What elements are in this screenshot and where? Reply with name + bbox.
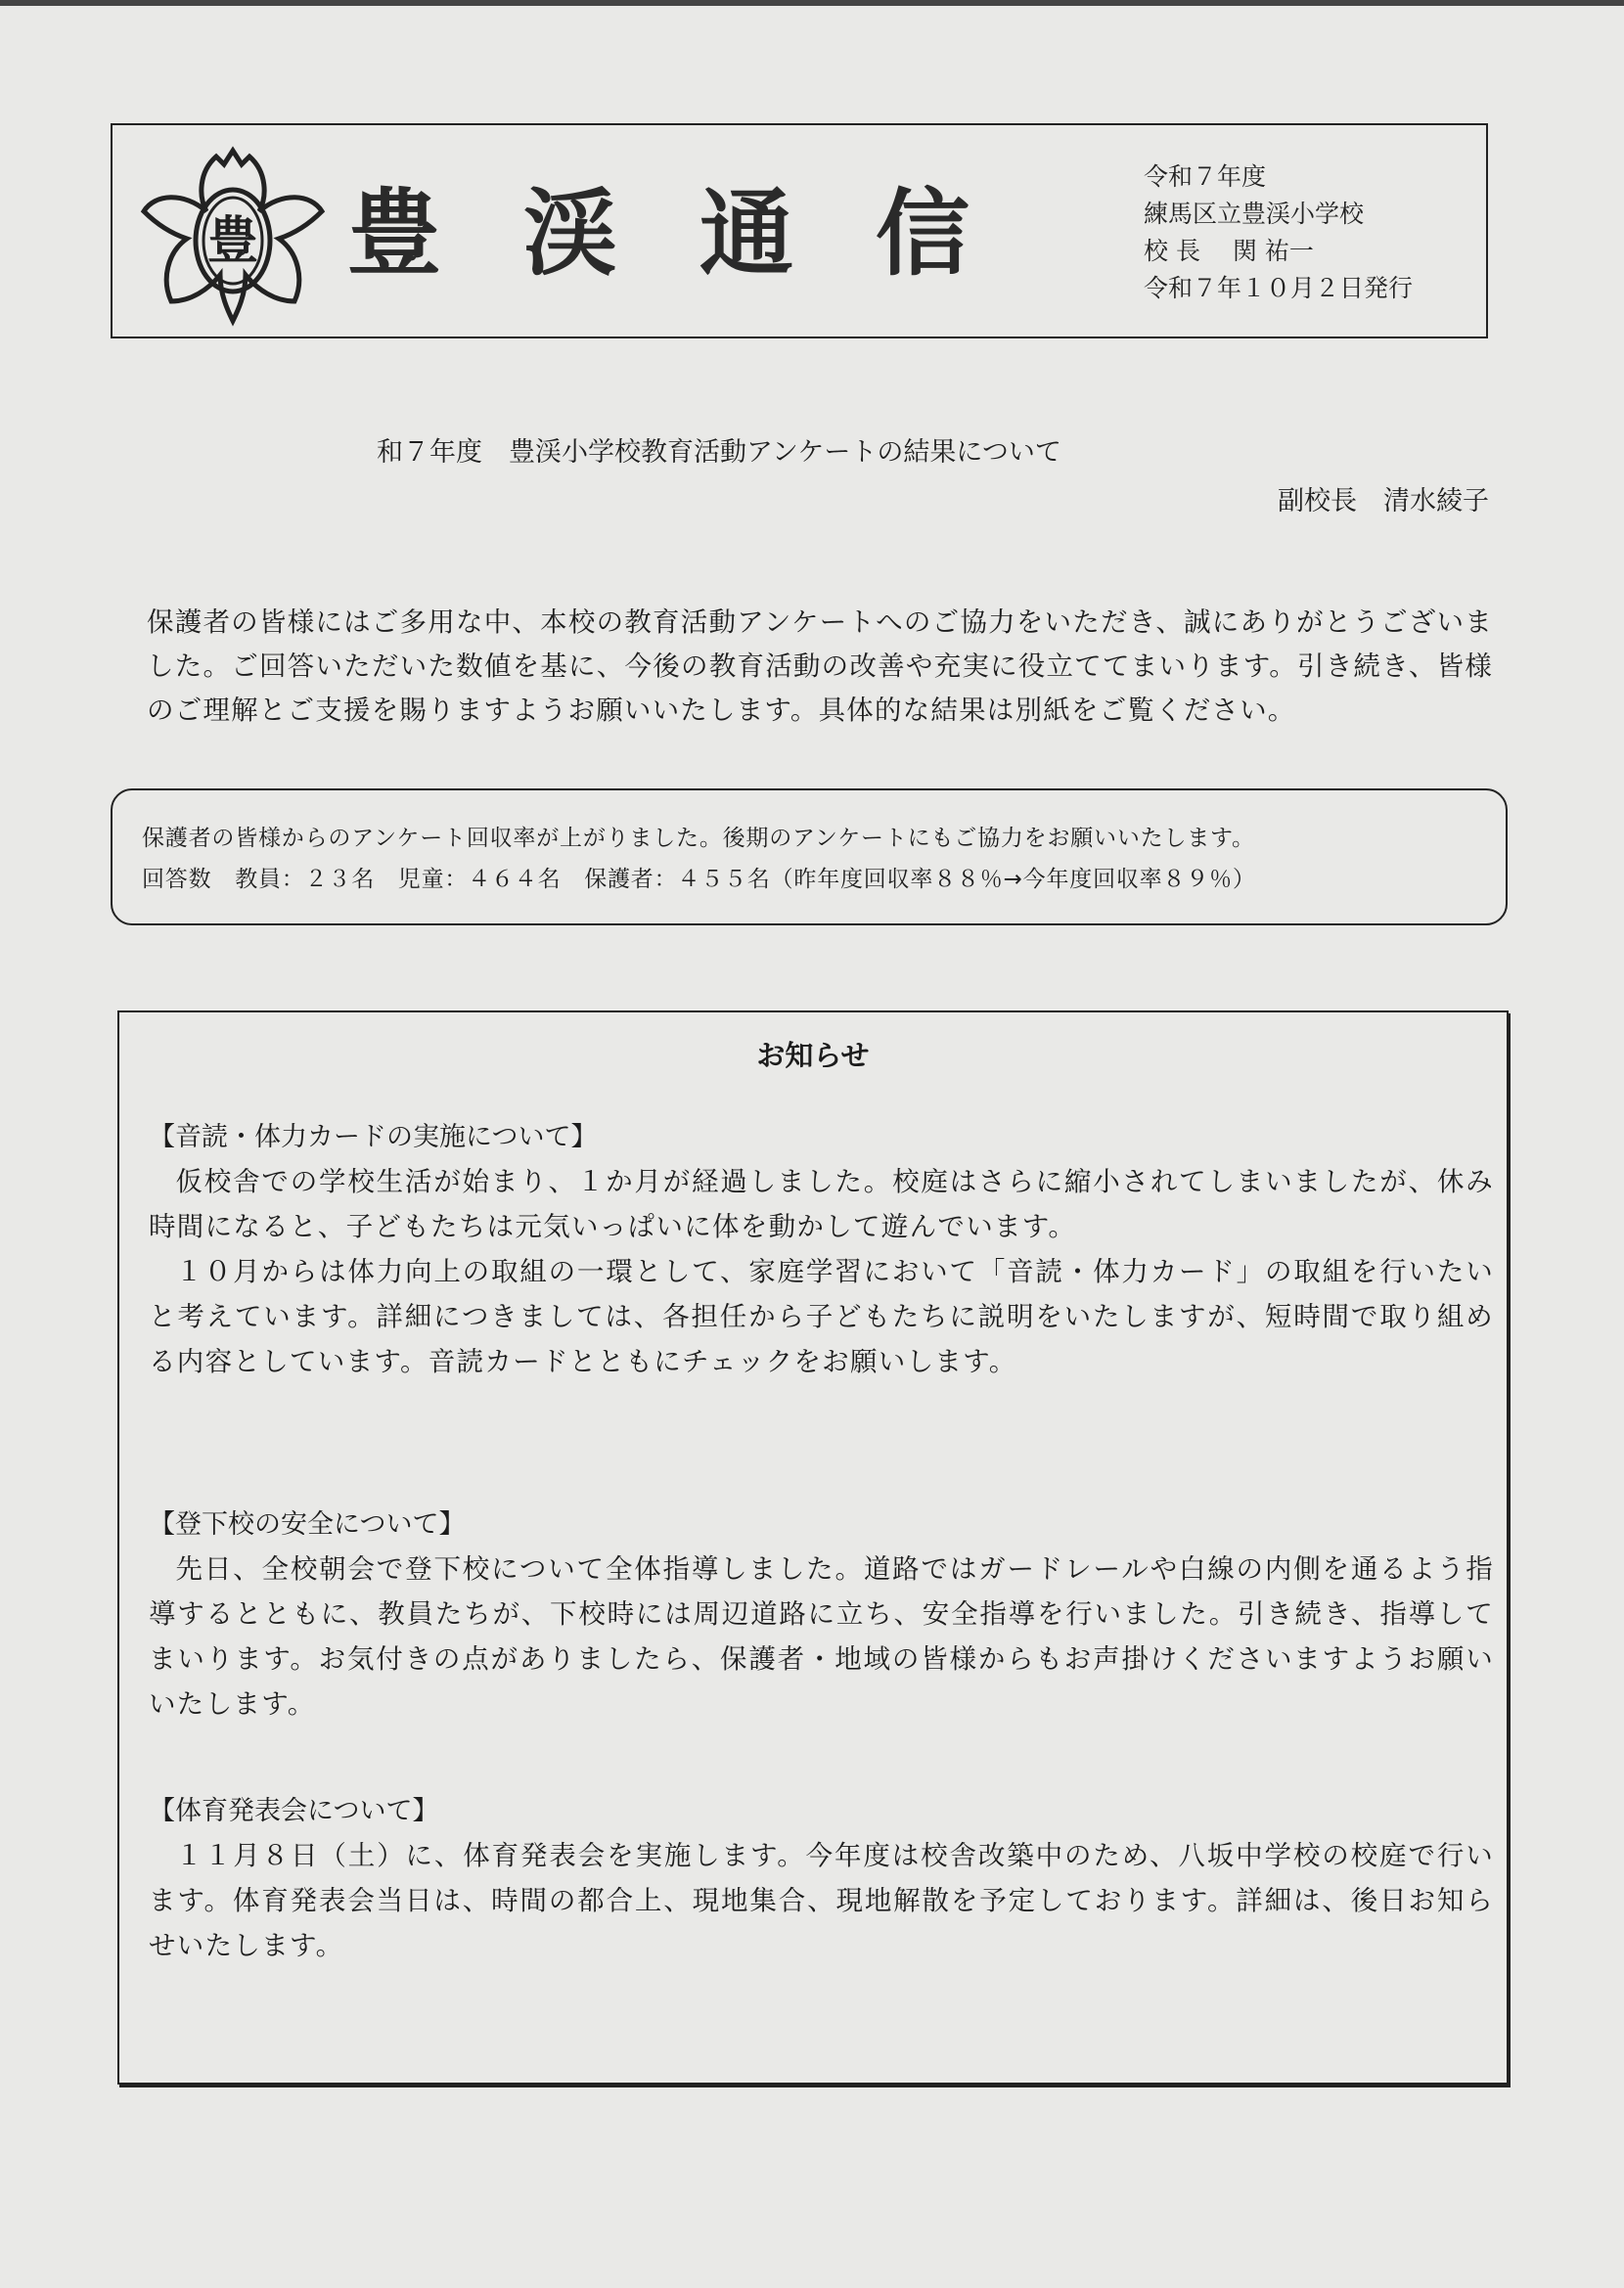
principal-name: 校 長 関 祐一 <box>1144 233 1413 270</box>
response-rate-box: 保護者の皆様からのアンケート回収率が上がりました。後期のアンケートにもご協力をお… <box>111 788 1508 925</box>
publication-info: 令和７年度 練馬区立豊渓小学校 校 長 関 祐一 令和７年１０月２日発行 <box>1144 158 1413 307</box>
section-heading: 【登下校の安全について】 <box>149 1503 1494 1547</box>
section-paragraph: １１月８日（土）に、体育発表会を実施します。今年度は校舎改築中のため、八坂中学校… <box>149 1833 1494 1968</box>
school-name: 練馬区立豊渓小学校 <box>1144 196 1413 233</box>
section-paragraph: １０月からは体力向上の取組の一環として、家庭学習において「音読・体力カード」の取… <box>149 1249 1494 1384</box>
notice-title: お知らせ <box>119 1034 1507 1074</box>
notice-section-reading-fitness: 【音読・体力カードの実施について】 仮校舎での学校生活が始まり、１か月が経過しま… <box>149 1116 1494 1384</box>
notice-box: お知らせ 【音読・体力カードの実施について】 仮校舎での学校生活が始まり、１か月… <box>117 1010 1509 2085</box>
issue-date: 令和７年１０月２日発行 <box>1144 270 1413 307</box>
masthead-box: 豊 豊渓通信 令和７年度 練馬区立豊渓小学校 校 長 関 祐一 令和７年１０月２… <box>111 123 1488 338</box>
school-emblem-icon: 豊 <box>130 143 336 329</box>
response-rate-message: 保護者の皆様からのアンケート回収率が上がりました。後期のアンケートにもご協力をお… <box>142 820 1255 852</box>
response-counts: 回答数 教員：２３名 児童：４６４名 保護者：４５５名（昨年度回収率８８％→今年… <box>142 861 1256 893</box>
svg-text:豊: 豊 <box>207 211 258 271</box>
section-paragraph: 仮校舎での学校生活が始まり、１か月が経過しました。校庭はさらに縮小されてしまいま… <box>149 1159 1494 1249</box>
masthead-title: 豊渓通信 <box>347 180 1052 288</box>
notice-section-sports-festival: 【体育発表会について】 １１月８日（土）に、体育発表会を実施します。今年度は校舎… <box>149 1790 1494 1968</box>
notice-section-commute-safety: 【登下校の安全について】 先日、全校朝会で登下校について全体指導しました。道路で… <box>149 1503 1494 1727</box>
section-heading: 【体育発表会について】 <box>149 1790 1494 1833</box>
scan-edge <box>0 0 1624 6</box>
school-year: 令和７年度 <box>1144 158 1413 196</box>
survey-author: 副校長 清水綾子 <box>1278 479 1489 517</box>
section-paragraph: 先日、全校朝会で登下校について全体指導しました。道路ではガードレールや白線の内側… <box>149 1547 1494 1727</box>
survey-intro: 保護者の皆様にはご多用な中、本校の教育活動アンケートへのご協力をいただき、誠にあ… <box>147 601 1493 733</box>
survey-title: 和７年度 豊渓小学校教育活動アンケートの結果について <box>377 430 1061 469</box>
section-heading: 【音読・体力カードの実施について】 <box>149 1116 1494 1159</box>
